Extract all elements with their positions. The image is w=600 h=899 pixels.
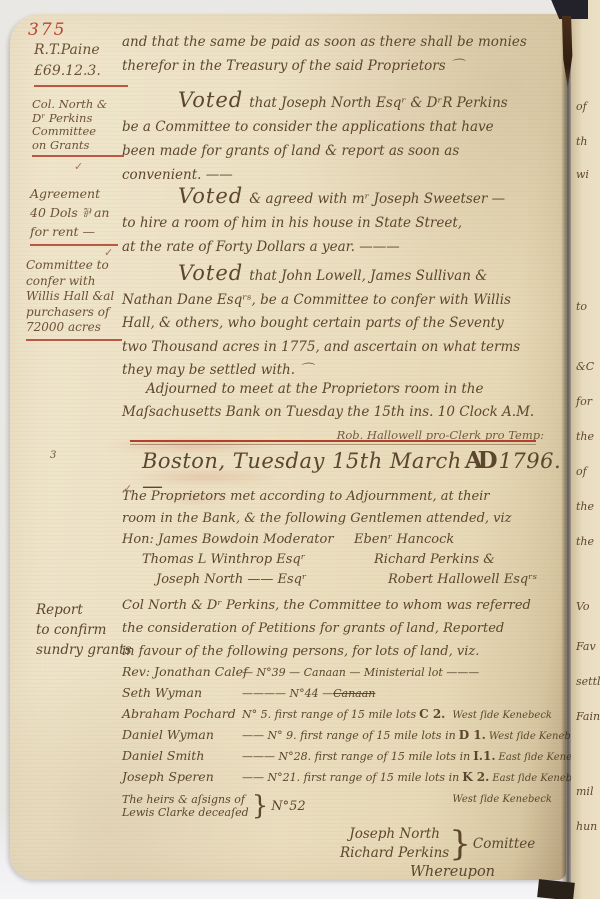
paragraph-vote-rent: Voted& agreed with mʳ Joseph Sweetser — … <box>122 184 558 259</box>
vote-lead-word: Voted <box>122 261 249 285</box>
text-line: and that the same be paid as soon as the… <box>122 30 558 54</box>
grantee-name: Abraham Pochard <box>122 706 242 721</box>
margin-note-rent: Agreement 40 Dols ⅌ an for rent — <box>30 184 118 246</box>
text-fragment: settl <box>576 675 600 688</box>
margin-note-line: Dʳ Perkins <box>32 112 124 126</box>
text-fragment: of <box>576 100 587 113</box>
text-fragment: wi <box>576 168 589 181</box>
attendee-row: Hon: James Bowdoin Moderator Ebenʳ Hanco… <box>122 530 558 550</box>
grant-row: Joseph Speren —— N°21. first range of 15… <box>122 769 558 790</box>
margin-note-line: sundry grants <box>36 640 132 660</box>
heading-place-date: Boston, Tuesday 15th March <box>142 449 462 473</box>
vote-lead-word: Voted <box>122 184 249 208</box>
grant-row: Seth Wyman ———— N°44 — Canaan <box>122 685 558 706</box>
signature-name: Joseph North <box>340 825 449 844</box>
margin-note-line: Willis Hall &al <box>26 289 122 305</box>
text-fragment: the <box>576 500 594 513</box>
text-fragment: Fav <box>576 640 596 653</box>
lot-number: N°52 <box>271 800 305 813</box>
lot-code: D 1. <box>456 728 489 742</box>
attendee-name: Ebenʳ Hancock <box>354 530 454 550</box>
margin-note-line: to confirm <box>36 620 132 640</box>
attendee-name: Thomas L Winthrop Esqʳ <box>122 550 374 570</box>
attendee-name: Richard Perkins & <box>374 550 495 570</box>
attendee-row: Joseph North —— Esqʳ Robert Hallowell Es… <box>122 570 558 590</box>
brace-glyph: } <box>249 800 272 813</box>
text-line: in favour of the following persons, for … <box>122 640 558 663</box>
vote-rest: & agreed with mʳ Joseph Sweetser — <box>249 191 505 207</box>
margin-note-line: Col. North & <box>32 98 124 112</box>
grantee-name: Rev: Jonathan Calef <box>122 664 242 679</box>
attendee-row: Thomas L Winthrop Esqʳ Richard Perkins & <box>122 550 558 570</box>
text-line: Nathan Dane Esqʳˢ, be a Committee to con… <box>122 289 558 313</box>
margin-note-line: for rent — <box>30 222 118 241</box>
facing-page-sliver: of th wi to &C for the of the the Vo Fav… <box>571 0 600 899</box>
text-line: at the rate of Forty Dollars a year. ——— <box>122 235 558 259</box>
anno-domini-monogram: AD <box>462 447 499 474</box>
paragraph-vote-grants: Votedthat Joseph North Esqʳ & DʳR Perkin… <box>122 88 558 187</box>
margin-note-line: 72000 acres <box>26 320 122 336</box>
grant-row: Rev: Jonathan Calef — N°39 — Canaan — Mi… <box>122 664 558 685</box>
text-fragment: th <box>576 135 588 148</box>
text-fragment: hun <box>576 820 597 833</box>
text-line: therefor in the Treasury of the said Pro… <box>122 54 558 78</box>
paragraph-vote-confer: Votedthat John Lowell, James Sullivan & … <box>122 262 558 383</box>
text-line: The heirs & aſsigns of <box>122 793 249 806</box>
grantee-name: Daniel Smith <box>122 748 242 763</box>
lot-code: I.1. <box>470 749 498 763</box>
grant-row-heirs: The heirs & aſsigns of Lewis Clarke dece… <box>122 793 558 819</box>
attendee-name: Hon: James Bowdoin Moderator <box>122 530 354 550</box>
attendee-name: Joseph North —— Esqʳ <box>122 570 388 590</box>
grant-location: West ſide Kenebeck <box>452 710 558 721</box>
ledger-page: 375 R.T.Paine £69.12.3. Col. North & Dʳ … <box>10 14 566 880</box>
struck-word: Canaan <box>333 687 375 700</box>
attendee-name: Robert Hallowell Esqʳˢ <box>388 570 537 590</box>
margin-note-line: Agreement <box>30 184 118 203</box>
grant-detail: —— N° 9. first range of 15 mile lots in <box>242 729 456 742</box>
grant-row: Daniel Smith ——— N°28. first range of 15… <box>122 748 558 769</box>
margin-note-confer: Committee to confer with Willis Hall &al… <box>26 258 122 341</box>
text-line: been made for grants of land & report as… <box>122 139 558 163</box>
vote-lead-word: Voted <box>122 88 249 112</box>
committee-label: Comittee <box>471 836 535 852</box>
attendee-list: Hon: James Bowdoin Moderator Ebenʳ Hanco… <box>122 530 558 590</box>
margin-note-line: £69.12.3. <box>34 61 128 82</box>
red-underline <box>32 155 124 157</box>
grantee-name: Joseph Speren <box>122 769 242 784</box>
margin-note-paine: R.T.Paine £69.12.3. <box>34 40 128 87</box>
margin-note-line: confer with <box>26 274 122 290</box>
vote-rest: that Joseph North Esqʳ & DʳR Perkins <box>249 95 508 111</box>
text-fragment: mil <box>576 785 593 798</box>
text-line: Hall, & others, who bought certain parts… <box>122 312 558 336</box>
paragraph-adjournment: Adjourned to meet at the Proprietors roo… <box>122 378 558 447</box>
text-fragment: Vo <box>576 600 590 613</box>
margin-note-line: purchasers of <box>26 305 122 321</box>
vote-rest: that John Lowell, James Sullivan & <box>249 268 487 284</box>
text-fragment: Fain <box>576 710 600 723</box>
paragraph-committee-report: Col North & Dʳ Perkins, the Committee to… <box>122 594 558 663</box>
text-line: room in the Bank, & the following Gentle… <box>122 508 558 530</box>
text-line: Votedthat John Lowell, James Sullivan & <box>122 262 558 289</box>
text-line: the consideration of Petitions for grant… <box>122 617 558 640</box>
closing-word: Whereupon <box>410 864 495 880</box>
check-mark: ✓ <box>74 160 83 173</box>
text-fragment: the <box>576 535 594 548</box>
grant-row: Abraham Pochard N° 5. first range of 15 … <box>122 706 558 727</box>
text-line: Votedthat Joseph North Esqʳ & DʳR Perkin… <box>122 88 558 115</box>
grant-detail: ——— N°28. first range of 15 mile lots in <box>242 750 470 763</box>
paragraph-treasury: and that the same be paid as soon as the… <box>122 30 558 78</box>
text-line: Voted& agreed with mʳ Joseph Sweetser — <box>122 184 558 211</box>
committee-signature: Joseph North Richard Perkins } Comittee <box>340 824 535 864</box>
text-fragment: for <box>576 395 592 408</box>
paragraph-meeting-intro: The Proprietors met according to Adjourn… <box>122 486 558 530</box>
margin-note-line: Committee to <box>26 258 122 274</box>
committee-names: Joseph North Richard Perkins <box>340 825 449 863</box>
margin-note-line: on Grants <box>32 139 124 153</box>
folio-number: 375 <box>28 20 66 40</box>
red-rule-separator <box>130 440 536 445</box>
text-line: Maſsachusetts Bank on Tuesday the 15th i… <box>122 401 558 424</box>
grant-detail: — N°39 — Canaan — Ministerial lot ——— <box>242 666 479 679</box>
lot-code: C 2. <box>416 707 448 721</box>
grant-detail: —— N°21. first range of 15 mile lots in <box>242 771 459 784</box>
book-clasp-bottom <box>537 879 575 899</box>
margin-mark: 3 <box>50 450 56 461</box>
grant-row: Daniel Wyman —— N° 9. first range of 15 … <box>122 727 558 748</box>
text-fragment: the <box>576 430 594 443</box>
grantee-name: Daniel Wyman <box>122 727 242 742</box>
red-underline <box>26 339 122 341</box>
brace-glyph: } <box>449 824 471 864</box>
signature-name: Richard Perkins <box>340 844 449 863</box>
red-underline <box>34 85 128 87</box>
manuscript-photo: 375 R.T.Paine £69.12.3. Col. North & Dʳ … <box>0 0 600 899</box>
text-line: Lewis Clarke deceaſed <box>122 806 249 819</box>
grant-detail: N° 5. first range of 15 mile lots <box>242 708 416 721</box>
margin-note-line: Report <box>36 600 132 620</box>
text-line: The Proprietors met according to Adjourn… <box>122 486 558 508</box>
margin-note-line: Committee <box>32 125 124 139</box>
margin-note-line: R.T.Paine <box>34 40 128 61</box>
text-fragment: &C <box>576 360 594 373</box>
grants-list: Rev: Jonathan Calef — N°39 — Canaan — Mi… <box>122 664 558 819</box>
text-line: be a Committee to consider the applicati… <box>122 115 558 139</box>
margin-note-grants-committee: Col. North & Dʳ Perkins Committee on Gra… <box>32 98 124 157</box>
text-fragment: to <box>576 300 587 313</box>
text-line: two Thousand acres in 1775, and ascertai… <box>122 336 558 360</box>
text-fragment: of <box>576 465 587 478</box>
text-line: to hire a room of him in his house in St… <box>122 211 558 235</box>
margin-note-line: 40 Dols ⅌ an <box>30 203 118 222</box>
grantee-name: Seth Wyman <box>122 685 242 700</box>
heirs-lines: The heirs & aſsigns of Lewis Clarke dece… <box>122 793 249 819</box>
text-line: Adjourned to meet at the Proprietors roo… <box>122 378 558 401</box>
grant-location: West ſide Kenebeck <box>452 793 558 806</box>
lot-code: K 2. <box>459 770 492 784</box>
text-line: Col North & Dʳ Perkins, the Committee to… <box>122 594 558 617</box>
margin-note-report: Report to confirm sundry grants <box>36 600 132 660</box>
grant-detail: ———— N°44 — <box>242 687 333 700</box>
